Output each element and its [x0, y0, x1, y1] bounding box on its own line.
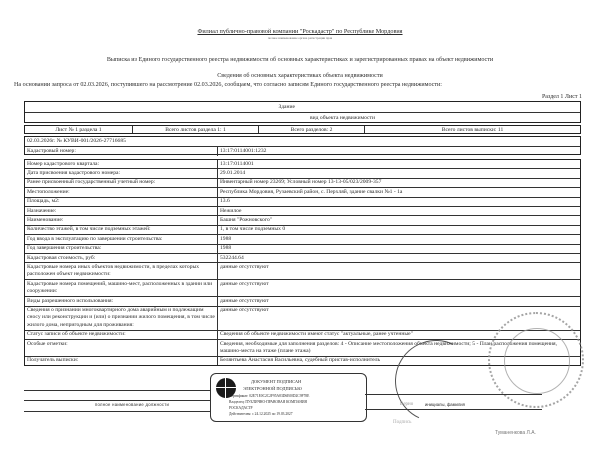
row-label: Назначение: [25, 207, 218, 215]
name-caption: инициалы, фамилия [425, 402, 465, 407]
row-value: данные отсутствуют [218, 280, 580, 296]
row-value: 1988 [218, 245, 580, 253]
row-value: данные отсутствуют [218, 263, 580, 279]
sections-total: Всего разделов: 2 [259, 126, 365, 133]
table-row: Назначение:Нежилое [25, 207, 580, 216]
table-row: Сведения о признании многоквартирного до… [25, 307, 580, 331]
row-value: 13:17:0114001 [218, 160, 580, 168]
ecp-owner-cont: РОСКАДАСТР [229, 406, 253, 410]
handwritten-name: Туманенкова Л.А. [495, 430, 536, 436]
table-row: Дата присвоения кадастрового номера:29.0… [25, 169, 580, 178]
row-value: Инвентарный номер 23269; Условный номер … [218, 179, 580, 187]
row-label: Площадь, м2: [25, 198, 218, 206]
table-row: Виды разрешенного использования:данные о… [25, 297, 580, 306]
cadastral-number-label: Кадастровый номер: [25, 147, 218, 156]
ecp-certificate: Сертификат: 02E71E0C2C2F95A83D6E00D2C9F7… [229, 394, 309, 398]
info-title: Сведения об основных характеристиках объ… [0, 73, 600, 79]
row-value: 532244.64 [218, 254, 580, 262]
row-label: Количество этажей, в том числе подземных… [25, 226, 218, 234]
row-label: Кадастровая стоимость, руб: [25, 254, 218, 262]
row-value: Республика Мордовия, Рузаевский район, с… [218, 188, 580, 196]
row-label: Ранее присвоенный государственный учетны… [25, 179, 218, 187]
sheet-number: Лист № 1 раздела 1 [25, 126, 133, 133]
row-label: Статус записи об объекте недвижимости: [25, 331, 218, 339]
row-label: Номер кадастрового квартала: [25, 160, 218, 168]
row-label: Виды разрешенного использования: [25, 297, 218, 305]
electronic-signature-stamp: ДОКУМЕНТ ПОДПИСАН ЭЛЕКТРОННОЙ ПОДПИСЬЮ С… [210, 373, 367, 422]
object-type-caption: вид объекта недвижимости [25, 113, 580, 123]
table-row: Наименование:Башня "Рожновского" [25, 216, 580, 225]
org-title: Филиал публично-правовой компании "Роска… [0, 28, 600, 35]
position-signature-block: полное наименование должности [24, 390, 240, 412]
row-value: данные отсутствуют [218, 297, 580, 305]
section-sheets-total: Всего листов раздела 1: 1 [133, 126, 259, 133]
row-label: Получатель выписки: [25, 357, 218, 365]
row-value: 1, в том числе подземных 0 [218, 226, 580, 234]
table-row: Номер кадастрового квартала:13:17:011400… [25, 160, 580, 169]
table-row: Кадастровые номера помещений, машино-мес… [25, 280, 580, 297]
table-row: Год завершения строительства:1988 [25, 245, 580, 254]
record-table: 02.03.2026г. № КУВИ-001/2026-27716685 Ка… [24, 136, 581, 155]
faint-note: Верно [400, 402, 413, 407]
ecp-line: ДОКУМЕНТ ПОДПИСАН [251, 379, 301, 384]
row-label: Местоположение: [25, 188, 218, 196]
row-label: Дата присвоения кадастрового номера: [25, 169, 218, 177]
row-label: Год завершения строительства: [25, 245, 218, 253]
record-number: 02.03.2026г. № КУВИ-001/2026-27716685 [25, 137, 126, 146]
faint-note-signature: Подпись [393, 420, 411, 425]
row-value: 13.6 [218, 198, 580, 206]
table-row: Кадастровые номера иных объектов недвижи… [25, 263, 580, 280]
ecp-owner: Владелец: ПУБЛИЧНО-ПРАВОВАЯ КОМПАНИЯ [229, 400, 307, 404]
row-label: Особые отметки: [25, 340, 218, 356]
row-label: Год ввода в эксплуатацию по завершении с… [25, 235, 218, 243]
extract-sheets-total: Всего листов выписки: 11 [365, 126, 580, 133]
ecp-line: ЭЛЕКТРОННОЙ ПОДПИСЬЮ [243, 386, 302, 391]
table-row: Кадастровая стоимость, руб:532244.64 [25, 254, 580, 263]
ecp-validity: Действителен: с 24.12.2025 по 19.03.2027 [229, 412, 293, 416]
name-signature-block: инициалы, фамилия [365, 394, 542, 410]
row-label: Наименование: [25, 216, 218, 224]
request-text: На основании запроса от 02.03.2026, пост… [14, 82, 442, 88]
table-row: Количество этажей, в том числе подземных… [25, 226, 580, 235]
cadastral-number-value: 13:17:0114001:1232 [218, 147, 266, 156]
table-row: Ранее присвоенный государственный учетны… [25, 179, 580, 188]
page-reference: Раздел 1 Лист 1 [542, 94, 582, 100]
row-label: Кадастровые номера иных объектов недвижи… [25, 263, 218, 279]
row-label: Кадастровые номера помещений, машино-мес… [25, 280, 218, 296]
row-label: Сведения о признании многоквартирного до… [25, 307, 218, 330]
row-value: 29.01.2014 [218, 169, 580, 177]
row-value: Башня "Рожновского" [218, 216, 580, 224]
table-row: Площадь, м2:13.6 [25, 198, 580, 207]
row-value: 1988 [218, 235, 580, 243]
org-subtitle: полное наименование органа регистрации п… [0, 36, 600, 40]
sheet-info-row: Лист № 1 раздела 1 Всего листов раздела … [24, 125, 581, 134]
document-title: Выписка из Единого государственного реес… [0, 57, 600, 63]
table-row: Местоположение:Республика Мордовия, Руза… [25, 188, 580, 197]
object-type-table: Здание вид объекта недвижимости [24, 101, 581, 123]
object-type-value: Здание [25, 102, 580, 113]
position-caption: полное наименование должности [24, 402, 240, 407]
table-row: Год ввода в эксплуатацию по завершении с… [25, 235, 580, 244]
row-value: Нежилое [218, 207, 580, 215]
